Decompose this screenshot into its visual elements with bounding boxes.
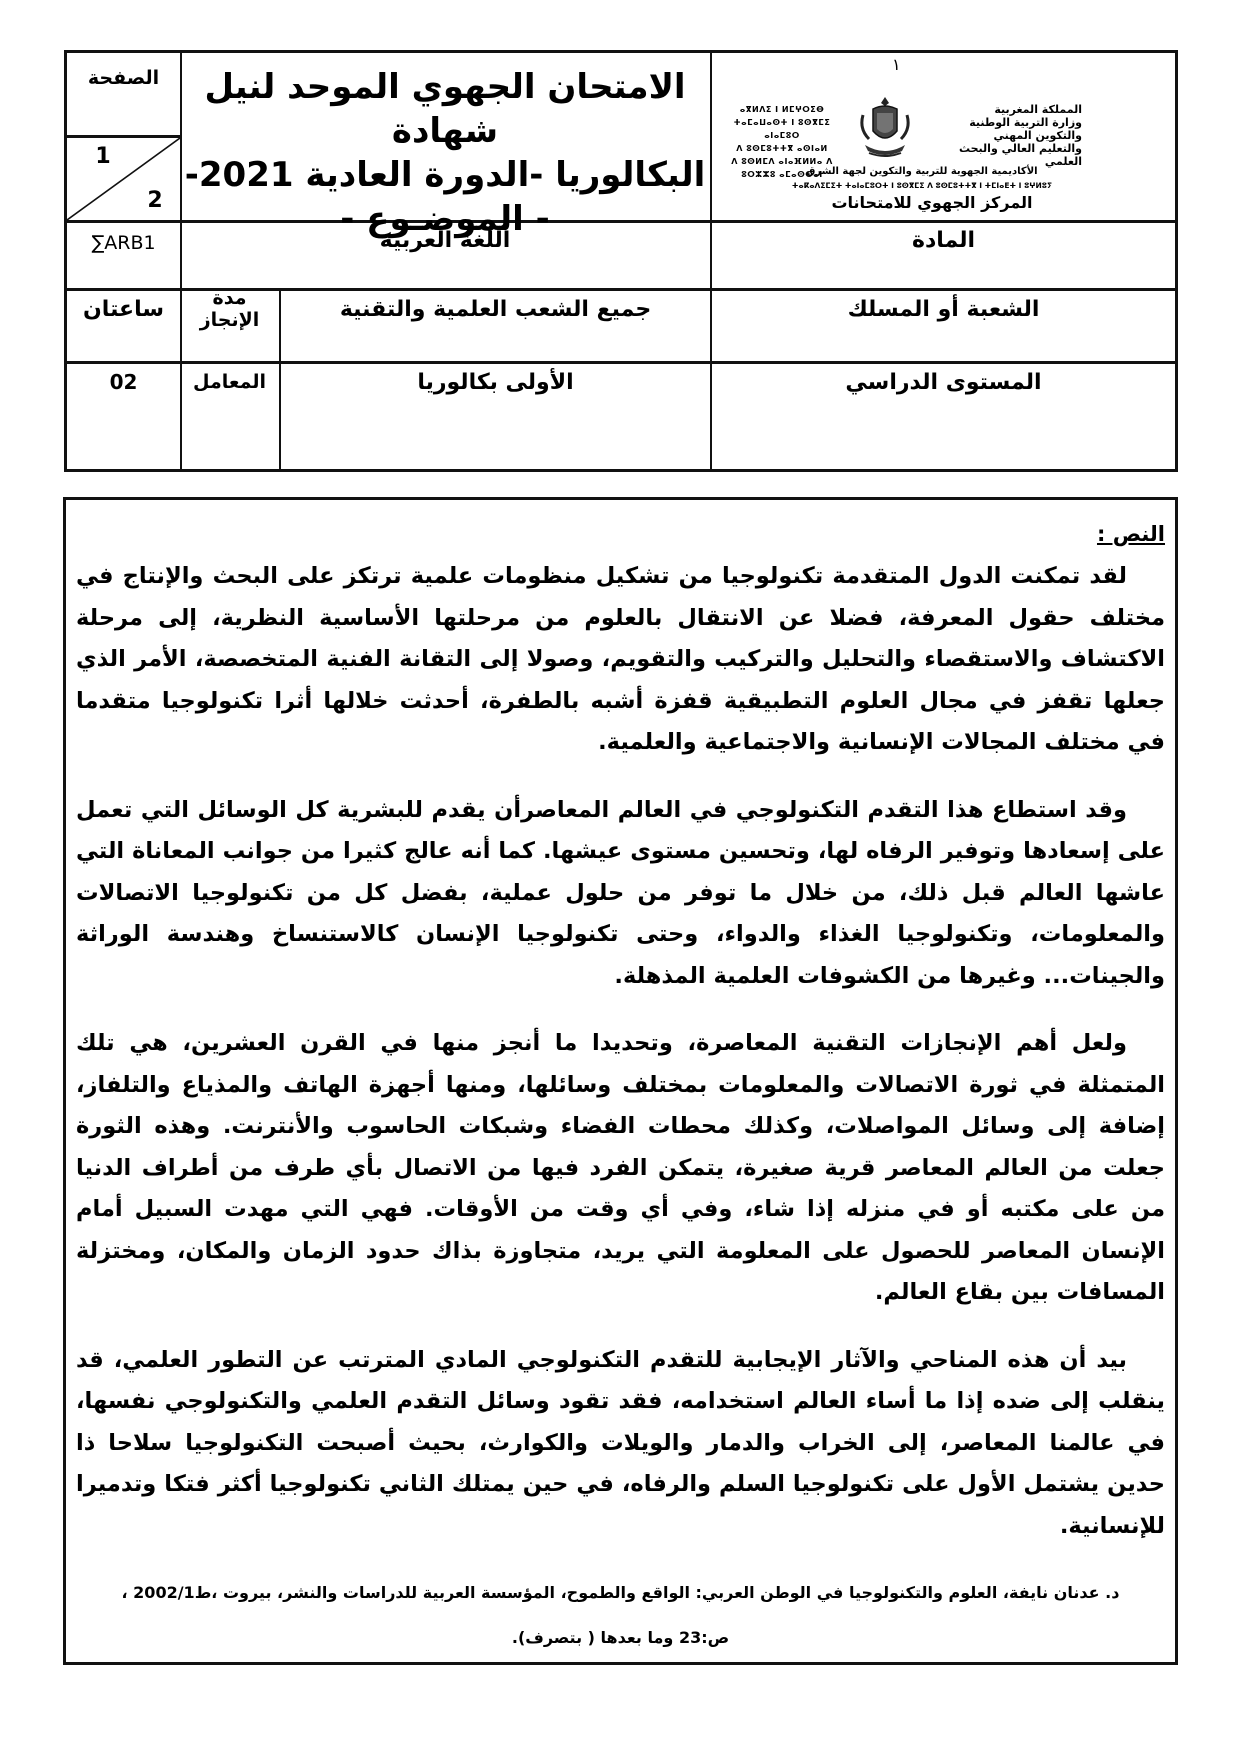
academy-arabic-text: الأكاديمية الجهوية للتربية والتكوين لجهة… xyxy=(762,165,1082,178)
level-value: الأولى بكالوريا xyxy=(281,364,710,400)
paragraph-4: بيد أن هذه المناحي والآثار الإيجابية للت… xyxy=(76,1340,1165,1548)
subject-value: اللغة العربية xyxy=(180,223,710,258)
page-current: 1 xyxy=(83,141,123,171)
branch-value: جميع الشعب العلمية والتقنية xyxy=(281,291,710,327)
page-total: 2 xyxy=(135,185,175,215)
text-title: النص : xyxy=(76,522,1165,546)
exam-title-line-2: البكالوريا -الدورة العادية 2021- xyxy=(180,153,710,197)
page-label: الصفحة xyxy=(67,53,180,103)
text-content: النص : لقد تمكنت الدول المتقدمة تكنولوجي… xyxy=(76,522,1165,1647)
reading-text-box: النص : لقد تمكنت الدول المتقدمة تكنولوجي… xyxy=(63,497,1178,1665)
subject-code: ∑ARB1 xyxy=(67,223,180,263)
top-mark: ١ xyxy=(892,55,901,74)
duration-value: ساعتان xyxy=(67,291,180,327)
arabic-ministry-text: المملكة المغربية وزارة التربية الوطنية و… xyxy=(922,103,1082,168)
branch-label: الشعبة أو المسلك xyxy=(712,291,1175,327)
exam-title: الامتحان الجهوي الموحد لنيل شهادة البكال… xyxy=(180,65,710,241)
subject-label: المادة xyxy=(712,223,1175,258)
level-label: المستوى الدراسي xyxy=(712,364,1175,400)
coefficient-label: المعامل xyxy=(180,364,279,400)
source-reference: د. عدنان نايفة، العلوم والتكنولوجيا في ا… xyxy=(76,1583,1165,1602)
paragraph-3: ولعل أهم الإنجازات التقنية المعاصرة، وتح… xyxy=(76,1023,1165,1314)
exam-title-line-1: الامتحان الجهوي الموحد لنيل شهادة xyxy=(180,65,710,153)
academy-tifinagh-text: ⵜⴰⴽⴰⴷⵉⵎⵉⵜ ⵜⴰⵏⴰⵎⵓⵔⵜ ⵏ ⵓⵙⴳⵎⵉ ⴷ ⵓⵙⵎⵓⵜⵜⴳ ⵏ ⵜ… xyxy=(762,179,1082,192)
source-reference-page: ص:23 وما بعدها ( بتصرف). xyxy=(76,1628,1165,1647)
coefficient-value: 02 xyxy=(67,364,180,400)
paragraph-1: لقد تمكنت الدول المتقدمة تكنولوجيا من تش… xyxy=(76,556,1165,764)
exam-center-name: المركز الجهوي للامتحانات xyxy=(772,193,1092,212)
royal-emblem-icon xyxy=(855,93,915,161)
duration-label: مدة الإنجاز xyxy=(180,291,279,327)
institution-logo-block: ١ ⴰⴳⵍⴷⵉ ⵏ ⵍⵎⵖⵔⵉⴱ ⵜⴰⵎⴰⵡⴰⵙⵜ ⵏ ⵓⵙⴳⵎⵉ ⴰⵏⴰⵎⵓⵔ… xyxy=(712,53,1175,220)
paragraph-2: وقد استطاع هذا التقدم التكنولوجي في العا… xyxy=(76,790,1165,998)
exam-header-table: الصفحة 1 2 الامتحان الجهوي الموحد لنيل ش… xyxy=(64,50,1178,472)
